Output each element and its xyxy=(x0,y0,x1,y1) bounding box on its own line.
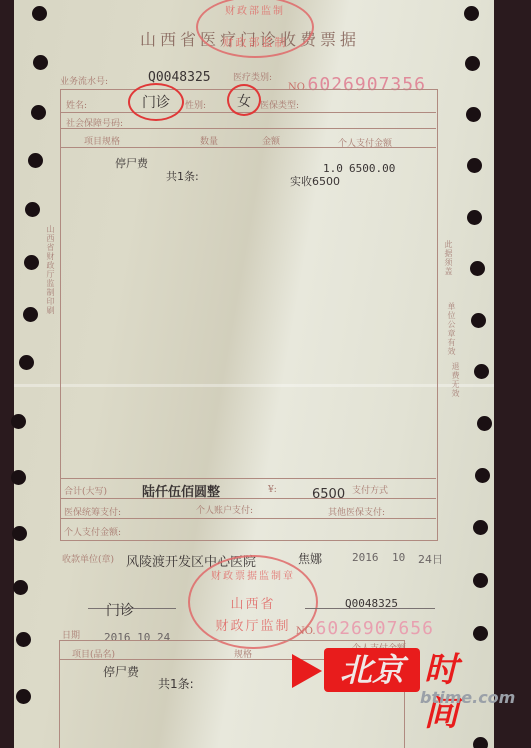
background-right xyxy=(494,0,531,748)
stub-item-count: 共1条: xyxy=(158,675,194,692)
left-side-print-text: 山西省财政厅监制印刷 xyxy=(45,225,56,315)
sprocket-hole xyxy=(471,313,486,328)
total-in-words: 陆仟伍佰圆整 xyxy=(142,481,220,500)
total-label: 合计(大写) xyxy=(64,484,107,497)
date-month: 10 xyxy=(392,551,405,564)
sprocket-hole xyxy=(473,626,488,641)
social-security-label: 社会保障号码: xyxy=(66,116,123,129)
personal-amount-label: 个人支付金额: xyxy=(64,525,121,538)
sprocket-hole xyxy=(31,105,46,120)
divider xyxy=(60,498,436,499)
sprocket-hole xyxy=(28,153,43,168)
stub-serial-value: 6026907656 xyxy=(316,618,434,639)
column-quantity-header: 数量 xyxy=(200,134,218,147)
insurance-type-label: 医保类型: xyxy=(260,98,299,111)
line-item-name: 停尸费 xyxy=(115,155,148,171)
stub-item-header: 项目(品名) xyxy=(72,647,115,660)
column-item-header: 项目规格 xyxy=(84,134,120,147)
personal-account-label: 个人账户支付: xyxy=(196,503,253,516)
highlight-circle-gender xyxy=(227,84,261,116)
divider xyxy=(60,518,436,519)
stub-item-name: 停尸费 xyxy=(103,663,139,680)
actual-received: 实收6500 xyxy=(290,173,340,189)
sprocket-hole xyxy=(25,202,40,217)
sprocket-hole xyxy=(473,573,488,588)
watermark-brand-box: 北京 xyxy=(324,648,420,692)
sprocket-hole xyxy=(466,107,481,122)
right-side-note-2: 单位公章有效 xyxy=(446,302,457,356)
stub-business-no: Q0048325 xyxy=(345,597,398,610)
sprocket-hole xyxy=(467,210,482,225)
column-personal-payment-header: 个人支付金额 xyxy=(338,136,392,149)
sprocket-hole xyxy=(23,307,38,322)
sprocket-hole xyxy=(477,416,492,431)
right-side-note-1: 此据须盖 xyxy=(443,240,454,276)
stub-serial-prefix: NO. xyxy=(296,626,316,637)
right-side-note-3: 退费无效 xyxy=(450,362,461,398)
sprocket-hole xyxy=(33,55,48,70)
stub-seal-middle-text: 山西省 xyxy=(190,593,316,612)
date-year: 2016 xyxy=(352,551,379,564)
other-payment-label: 其他医保支付: xyxy=(328,505,385,518)
yen-label: ¥: xyxy=(268,485,277,495)
official-seal: 财政部监制 财政部监制 xyxy=(196,0,314,58)
name-label: 姓名: xyxy=(66,98,87,111)
sprocket-hole xyxy=(32,6,47,21)
divider xyxy=(60,478,436,479)
sprocket-hole xyxy=(470,261,485,276)
sprocket-hole xyxy=(13,580,28,595)
background-left xyxy=(0,0,14,748)
sprocket-hole xyxy=(474,364,489,379)
line-item-count: 共1条: xyxy=(166,168,199,184)
column-amount-header: 金额 xyxy=(262,134,280,147)
line-item-amount: 6500.00 xyxy=(349,162,395,175)
business-no-label: 业务流水号: xyxy=(60,74,108,87)
stub-name-value: 门诊 xyxy=(106,600,134,620)
gender-label: 性别: xyxy=(185,98,206,111)
stub-spec-header: 规格 xyxy=(234,647,252,660)
seal-ring-text: 财政部监制 xyxy=(198,2,312,17)
sprocket-hole xyxy=(464,6,479,21)
sprocket-hole xyxy=(11,470,26,485)
fund-payment-label: 医保统筹支付: xyxy=(64,505,121,518)
sprocket-hole xyxy=(467,158,482,173)
sprocket-hole xyxy=(16,689,31,704)
total-amount: 6500 xyxy=(312,487,345,502)
seal-bottom-text: 财政部监制 xyxy=(198,34,312,50)
sprocket-hole xyxy=(24,255,39,270)
play-arrow-icon xyxy=(292,654,322,688)
sprocket-hole xyxy=(473,520,488,535)
date-day: 24日 xyxy=(418,551,443,567)
highlight-circle-name xyxy=(128,83,184,121)
sprocket-hole xyxy=(16,632,31,647)
medical-type-label: 医疗类别: xyxy=(233,70,272,83)
sprocket-hole xyxy=(465,56,480,71)
stub-serial-number: NO.6026907656 xyxy=(296,618,434,639)
sprocket-hole xyxy=(473,737,488,748)
stub-seal-ring-text: 财政票据监制章 xyxy=(190,567,316,582)
sprocket-hole xyxy=(19,355,34,370)
payee-label: 收款单位(章) xyxy=(62,552,114,565)
cashier-name: 焦娜 xyxy=(298,550,322,567)
sprocket-hole xyxy=(475,468,490,483)
sprocket-hole xyxy=(11,414,26,429)
watermark-website: btime.com xyxy=(420,688,515,707)
payment-method-label: 支付方式 xyxy=(352,483,388,496)
sprocket-hole xyxy=(12,526,27,541)
